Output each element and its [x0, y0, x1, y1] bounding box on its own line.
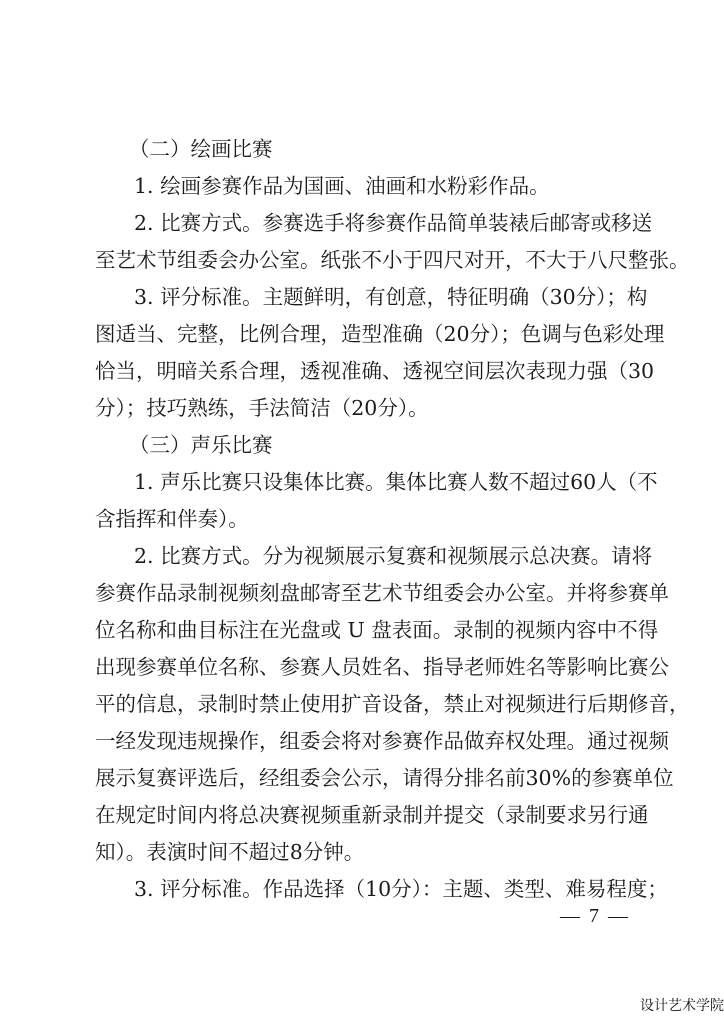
paragraph-line: 平的信息，录制时禁止使用扩音设备，禁止对视频进行后期修音，: [95, 686, 632, 723]
paragraph-line: 一经发现违规操作，组委会将对参赛作品做弃权处理。通过视频: [95, 723, 632, 760]
paragraph-line: 3. 评分标准。主题鲜明，有创意，特征明确（30分）；构: [95, 279, 632, 316]
page-number: — 7 —: [560, 905, 630, 928]
section-heading-vocal: （三）声乐比赛: [95, 427, 632, 464]
paragraph-line: 恰当，明暗关系合理，透视准确、透视空间层次表现力强（30: [95, 353, 632, 390]
paragraph-line: 位名称和曲目标注在光盘或 U 盘表面。录制的视频内容中不得: [95, 612, 632, 649]
paragraph-line: 含指挥和伴奏）。: [95, 501, 632, 538]
paragraph-line: 至艺术节组委会办公室。纸张不小于四尺对开，不大于八尺整张。: [95, 242, 632, 279]
paragraph-line: 分）；技巧熟练，手法简洁（20分）。: [95, 390, 632, 427]
paragraph-line: 图适当、完整，比例合理，造型准确（20分）；色调与色彩处理: [95, 316, 632, 353]
paragraph-line: 出现参赛单位名称、参赛人员姓名、指导老师姓名等影响比赛公: [95, 649, 632, 686]
paragraph-line: 在规定时间内将总决赛视频重新录制并提交（录制要求另行通: [95, 797, 632, 834]
paragraph-line: 1. 绘画参赛作品为国画、油画和水粉彩作品。: [95, 168, 632, 205]
paragraph-line: 参赛作品录制视频刻盘邮寄至艺术节组委会办公室。并将参赛单: [95, 575, 632, 612]
document-page: （二）绘画比赛 1. 绘画参赛作品为国画、油画和水粉彩作品。 2. 比赛方式。参…: [95, 131, 632, 908]
watermark: 设计艺术学院: [640, 995, 724, 1015]
paragraph-line: 3. 评分标准。作品选择（10分）：主题、类型、难易程度；: [95, 871, 632, 908]
paragraph-line: 2. 比赛方式。参赛选手将参赛作品简单装裱后邮寄或移送: [95, 205, 632, 242]
section-heading-painting: （二）绘画比赛: [95, 131, 632, 168]
paragraph-line: 1. 声乐比赛只设集体比赛。集体比赛人数不超过60人（不: [95, 464, 632, 501]
paragraph-line: 展示复赛评选后，经组委会公示，请得分排名前30%的参赛单位: [95, 760, 632, 797]
paragraph-line: 2. 比赛方式。分为视频展示复赛和视频展示总决赛。请将: [95, 538, 632, 575]
paragraph-line: 知）。表演时间不超过8分钟。: [95, 834, 632, 871]
